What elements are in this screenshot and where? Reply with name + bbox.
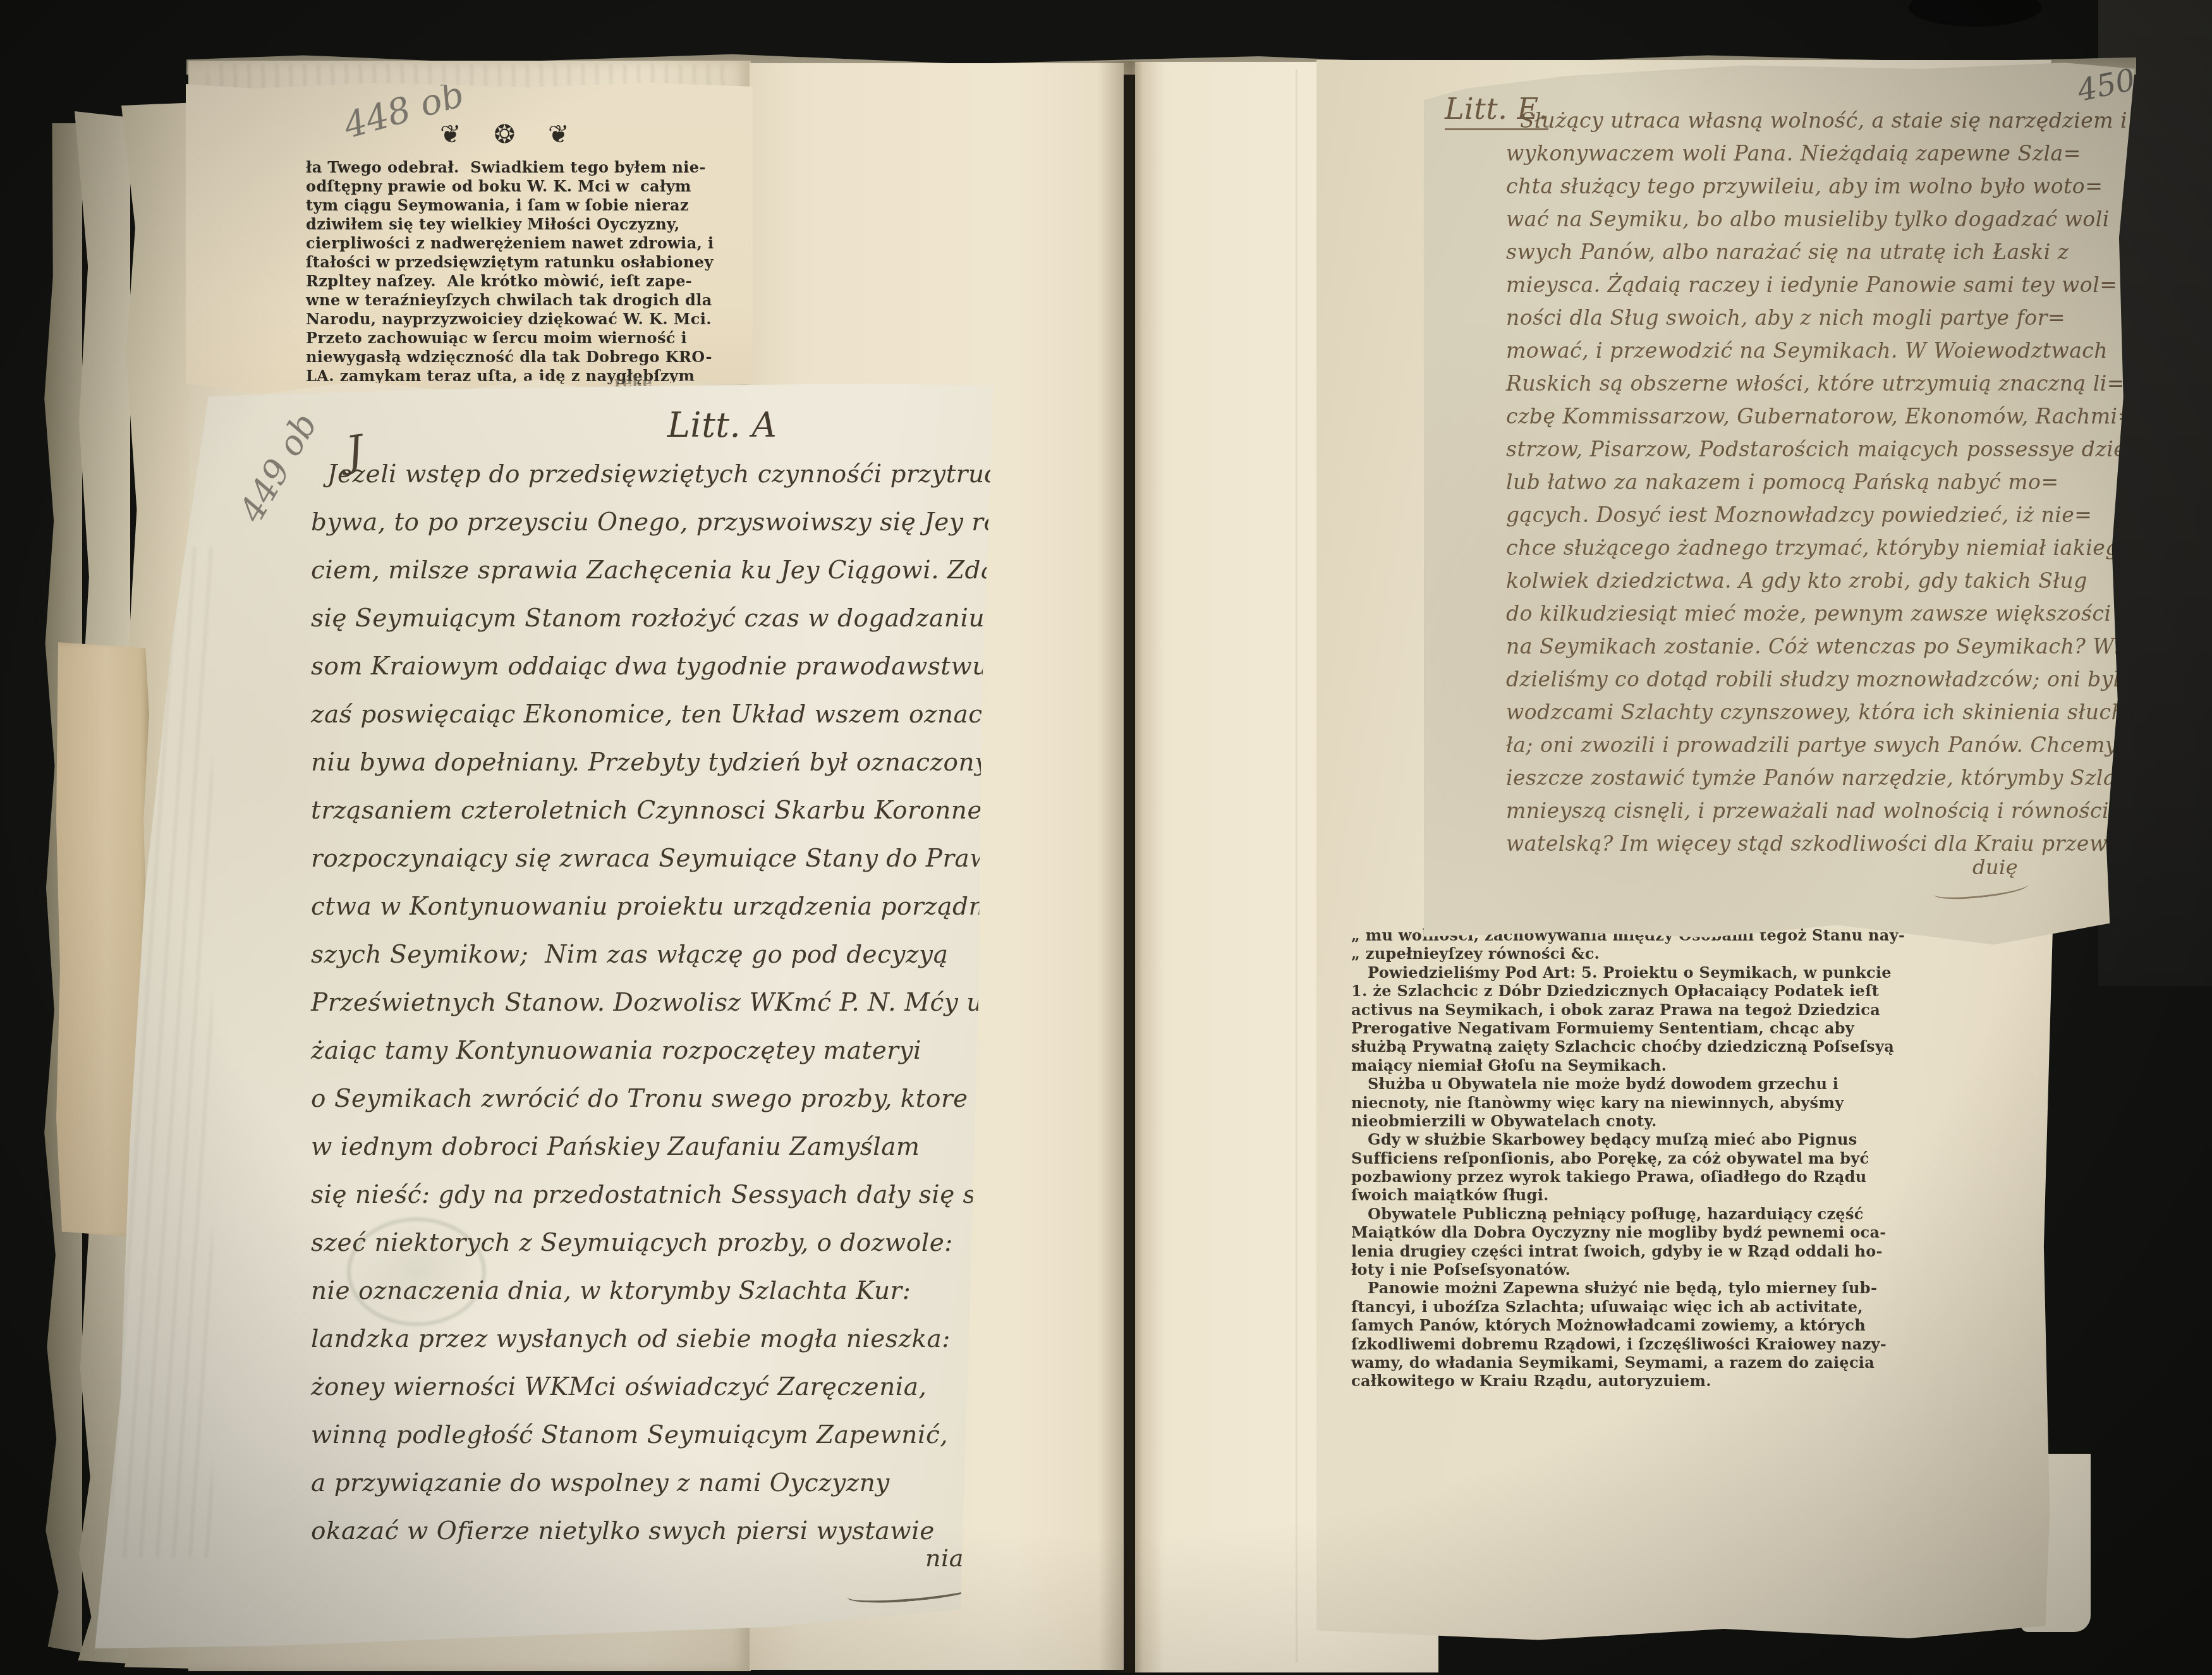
catchword: duię [1972,855,2018,879]
manuscript-line: ła; oni zwozili i prowadzili partye swyc… [1506,729,2212,762]
printed-text-line: lenia drugiey części intrat ſwoich, gdyb… [1351,1242,1905,1260]
printed-text-line: ſzkodliwemi dobremu Rządowi, i ſzczęśliw… [1351,1335,1905,1353]
printed-text-line: 1. że Szlachcic z Dóbr Dziedzicznych Opł… [1351,982,1905,1000]
printed-text-line: Narodu, nayprzyzwoiciey dziękować W. K. … [306,310,714,329]
printed-text-line: Służba u Obywatela nie może bydź dowodem… [1351,1075,1905,1093]
printed-text-line: Maiątków dla Dobra Oyczyzny nie mogliby … [1351,1223,1905,1241]
right-printed-text-block: „ mu wolności, zachowywania między Osoba… [1351,926,1905,1391]
printed-text-line: pozbawiony przez wyrok takiego Prawa, oſ… [1351,1167,1905,1186]
manuscript-line: gących. Dosyć iest Moznowładzcy powiedzi… [1506,499,2212,532]
manuscript-line: czbę Kommissarzow, Gubernatorow, Ekonomó… [1506,400,2212,433]
printers-ornaments: ❦❂❦ [440,120,569,149]
manuscript-line: Ruskich są obszerne włości, które utrzym… [1506,367,2212,400]
manuscript-line: swych Panów, albo narażać się na utratę … [1506,236,2212,269]
manuscript-e-text-block: Służący utraca własną wolność, a staie s… [1506,104,2212,860]
printed-text-line: Obywatele Publiczną pełniący poſługę, ha… [1351,1205,1905,1223]
manuscript-line: mnieyszą cisnęli, i przeważali nad wolno… [1506,795,2212,827]
manuscript-line: watelską? Im więcey stąd szkodliwości dl… [1506,827,2212,860]
manuscript-line: lub łatwo za nakazem i pomocą Pańską nab… [1506,466,2212,499]
printed-text-line: Powiedzieliśmy Pod Art: 5. Proiektu o Se… [1351,963,1905,982]
printed-text-line: Prerogative Negativam Formuiemy Sententi… [1351,1019,1905,1037]
printed-text-line: cierpliwości z nadwerężeniem nawet zdrow… [306,234,714,253]
manuscript-line: mieysca. Żądaią raczey i iedynie Panowie… [1506,269,2212,301]
printed-text-line: niecnoty, nie ſtanòwmy więc kary na niew… [1351,1093,1905,1112]
manuscript-line: wodzcami Szlachty czynszowey, która ich … [1506,696,2212,729]
manuscript-line: wykonywaczem woli Pana. Nieżądaią zapewn… [1506,137,2212,170]
printed-text-line: ſtałości w przedsięwziętym ratunku osłab… [306,253,714,272]
fleuron-ornament-icon: ❦ [548,120,569,149]
printed-text-line: łoty i nie Poſseſsyonatów. [1351,1260,1905,1279]
manuscript-line: mować, i przewodzić na Seymikach. W Woie… [1506,334,2212,367]
printed-text-line: ła Twego odebrał. Swiadkiem tego byłem n… [306,158,714,177]
manuscript-line: kolwiek dziedzictwa. A gdy kto zrobi, gd… [1506,564,2212,597]
manuscript-line: chta służący tego przywileiu, aby im wol… [1506,170,2212,203]
printed-text-line: Panowie możni Zapewna służyć nie będą, t… [1351,1279,1905,1297]
printed-fragment-sheet: 448 ob ❦❂❦ ła Twego odebrał. Swiadkiem t… [186,81,753,394]
fleuron-ornament-icon: ❂ [494,120,516,149]
manuscript-sheet-litt-e: 450 Litt. E. Służący utraca własną wolno… [1424,60,2136,948]
manuscript-sheet-litt-a: Litt. A J 449 ob Jezeli wstęp do przedsi… [88,382,1004,1650]
pen-flourish [846,1576,980,1607]
backdrop-dark-blob [1909,0,2041,27]
manuscript-line: Służący utraca własną wolność, a staie s… [1506,104,2212,137]
fleuron-ornament-icon: ❦ [440,120,461,149]
catchword: nia [925,1544,964,1572]
printed-text-line: tym ciągu Seymowania, i ſam w ſobie nier… [306,196,714,215]
pen-flourish [1933,877,2029,903]
manuscript-a-heading: Litt. A [667,405,777,445]
archival-scan: { "annotations": { "folio_left_top": "44… [0,0,2212,1675]
printed-text-line: niewygasłą wdzięczność dla tak Dobrego K… [306,348,714,367]
printed-text-line: Gdy w służbie Skarbowey będący muſzą mie… [1351,1130,1905,1148]
printed-text-line: ſwoich maiątków ſługi. [1351,1186,1905,1204]
manuscript-line: ności dla Sług swoich, aby z nich mogli … [1506,301,2212,334]
printed-text-line: dziwiłem się tey wielkiey Miłości Oyczyz… [306,215,714,234]
manuscript-line: dzieliśmy co dotąd robili słudzy moznowł… [1506,663,2212,696]
printed-text-line: maiący niemiał Głoſu na Seymikach. [1351,1056,1905,1075]
manuscript-line: ieszcze zostawić tymże Panów narzędzie, … [1506,762,2212,795]
manuscript-line: strzow, Pisarzow, Podstarościch maiących… [1506,433,2212,466]
printed-text-line: Sufficiens reſponſionis, abo Porękę, za … [1351,1149,1905,1167]
manuscript-line: chce służącego żadnego trzymać, któryby … [1506,532,2212,564]
printed-text-line: „ zupełnieyſzey równości &c. [1351,944,1905,963]
printed-text-line: ſamych Panów, których Możnowładcami zowi… [1351,1316,1905,1334]
printed-text-line: służbą Prywatną zaięty Szlachcic choćby … [1351,1037,1905,1056]
printed-fragment-text-block: ła Twego odebrał. Swiadkiem tego byłem n… [306,158,714,386]
folio-number-pencil: 450 [2074,62,2138,109]
printed-text-line: wamy, do władania Seymikami, Seymami, a … [1351,1353,1905,1372]
page-fold-line [1296,70,1297,1662]
manuscript-line: na Seymikach zostanie. Cóż wtenczas po S… [1506,630,2212,663]
manuscript-line: do kilkudziesiąt mieć może, pewnym zawsz… [1506,597,2212,630]
printed-text-line: całkowitego w Kraiu Rządu, autoryzuiem. [1351,1372,1905,1390]
printed-text-line: Przeto zachowuiąc w ſercu moim wierność … [306,329,714,348]
printed-text-line: ſtancyi, i uboźſza Szlachta; uſuwaiąc wi… [1351,1298,1905,1316]
printed-text-line: activus na Seymikach, i obok zaraz Prawa… [1351,1001,1905,1019]
printed-text-line: nieobmierzili w Obywatelach cnoty. [1351,1112,1905,1130]
book-gutter-shadow [1098,61,1162,1672]
manuscript-line: wać na Seymiku, bo albo musieliby tylko … [1506,203,2212,236]
printed-text-line: wne w teraźnieyſzych chwilach tak drogic… [306,291,714,310]
printed-text-line: Rzpltey naſzey. Ale krótko mòwić, ieſt z… [306,272,714,291]
printed-text-line: odſtępny prawie od boku W. K. Mci w cały… [306,177,714,196]
